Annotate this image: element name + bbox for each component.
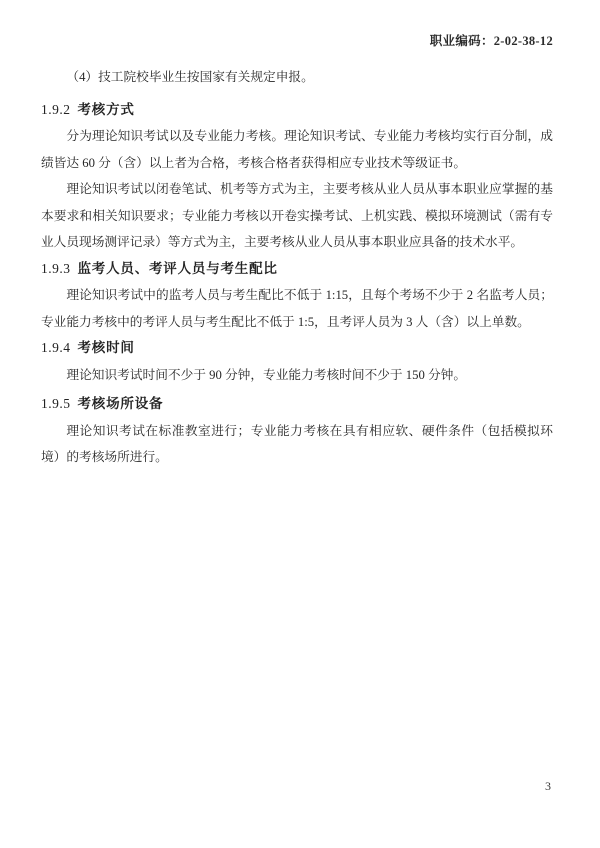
section-paragraph: 分为理论知识考试以及专业能力考核。理论知识考试、专业能力考核均实行百分制，成绩皆… <box>41 123 553 176</box>
section-number: 1.9.4 <box>41 340 71 355</box>
document-page: 职业编码：2-02-38-12 （4）技工院校毕业生按国家有关规定申报。 1.9… <box>0 0 600 848</box>
list-item-4: （4）技工院校毕业生按国家有关规定申报。 <box>41 64 553 91</box>
section-paragraph: 理论知识考试中的监考人员与考生配比不低于 1:15，且每个考场不少于 2 名监考… <box>41 282 553 335</box>
section-heading-1-9-5: 1.9.5考核场所设备 <box>41 391 553 418</box>
section-1-9-2: 1.9.2考核方式 分为理论知识考试以及专业能力考核。理论知识考试、专业能力考核… <box>41 97 553 256</box>
section-number: 1.9.5 <box>41 396 71 411</box>
section-1-9-4: 1.9.4考核时间 理论知识考试时间不少于 90 分钟，专业能力考核时间不少于 … <box>41 335 553 388</box>
section-number: 1.9.2 <box>41 102 71 117</box>
page-number: 3 <box>545 779 551 793</box>
section-number: 1.9.3 <box>41 261 71 276</box>
section-title: 考核方式 <box>78 102 135 117</box>
section-paragraph: 理论知识考试以闭卷笔试、机考等方式为主，主要考核从业人员从事本职业应掌握的基本要… <box>41 176 553 256</box>
page-content: 职业编码：2-02-38-12 （4）技工院校毕业生按国家有关规定申报。 1.9… <box>0 0 600 471</box>
section-title: 监考人员、考评人员与考生配比 <box>78 261 278 276</box>
section-1-9-3: 1.9.3监考人员、考评人员与考生配比 理论知识考试中的监考人员与考生配比不低于… <box>41 256 553 336</box>
section-heading-1-9-4: 1.9.4考核时间 <box>41 335 553 362</box>
section-heading-1-9-3: 1.9.3监考人员、考评人员与考生配比 <box>41 256 553 283</box>
job-code-header: 职业编码：2-02-38-12 <box>41 33 553 49</box>
section-paragraph: 理论知识考试时间不少于 90 分钟，专业能力考核时间不少于 150 分钟。 <box>41 362 553 389</box>
section-title: 考核场所设备 <box>78 396 164 411</box>
section-heading-1-9-2: 1.9.2考核方式 <box>41 97 553 124</box>
section-title: 考核时间 <box>78 340 135 355</box>
section-1-9-5: 1.9.5考核场所设备 理论知识考试在标准教室进行；专业能力考核在具有相应软、硬… <box>41 391 553 471</box>
section-paragraph: 理论知识考试在标准教室进行；专业能力考核在具有相应软、硬件条件（包括模拟环境）的… <box>41 418 553 471</box>
